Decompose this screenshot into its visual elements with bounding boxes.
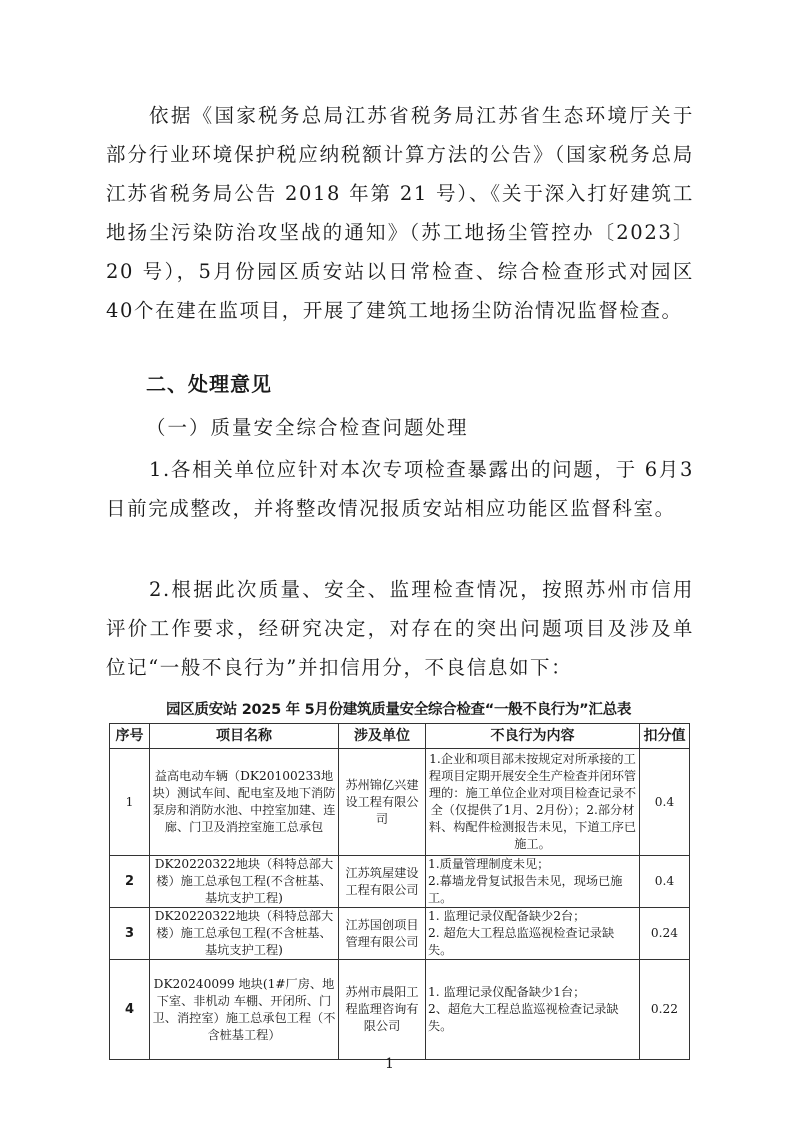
header-unit: 涉及单位 [339, 724, 426, 749]
row-content: 1. 监理记录仪配备缺少2台； 2. 超危大工程总监巡视检查记录缺失。 [426, 908, 640, 960]
content-line: 2.幕墙龙骨复试报告未见，现场已施工。 [428, 873, 637, 907]
page-number: 1 [385, 1056, 394, 1072]
row-score: 0.4 [640, 856, 690, 908]
row-seq: 2 [110, 856, 150, 908]
row-project: DK20220322地块（科特总部大楼）施工总承包工程(不含桩基、基坑支护工程) [150, 856, 339, 908]
table-row: 3 DK20220322地块（科特总部大楼）施工总承包工程(不含桩基、基坑支护工… [110, 908, 690, 960]
row-score: 0.4 [640, 749, 690, 856]
row-unit: 江苏国创项目管理有限公司 [339, 908, 426, 960]
content-line: 1. 监理记录仪配备缺少2台； [428, 908, 637, 925]
row-seq: 4 [110, 960, 150, 1060]
bad-behavior-summary-table: 序号 项目名称 涉及单位 不良行为内容 扣分值 1 益高电动车辆（DK20100… [109, 723, 690, 1060]
row-project: 益高电动车辆（DK20100233地块）测试车间、配电室及地下消防泵房和消防水池… [150, 749, 339, 856]
row-unit: 苏州市晨阳工程监理咨询有限公司 [339, 960, 426, 1060]
table-row: 4 DK20240099 地块(1#厂房、地下室、非机动 车棚、开闭所、门卫、消… [110, 960, 690, 1060]
table-row: 2 DK20220322地块（科特总部大楼）施工总承包工程(不含桩基、基坑支护工… [110, 856, 690, 908]
row-score: 0.24 [640, 908, 690, 960]
table-header-row: 序号 项目名称 涉及单位 不良行为内容 扣分值 [110, 724, 690, 749]
header-seq: 序号 [110, 724, 150, 749]
table-row: 1 益高电动车辆（DK20100233地块）测试车间、配电室及地下消防泵房和消防… [110, 749, 690, 856]
row-unit: 江苏筑屋建设工程有限公司 [339, 856, 426, 908]
section-heading: 二、处理意见 [146, 368, 272, 397]
header-project: 项目名称 [150, 724, 339, 749]
content-line: 1.质量管理制度未见； [428, 856, 637, 873]
item-1-paragraph: 1.各相关单位应针对本次专项检查暴露出的问题，于 6月3日前完成整改，并将整改情… [106, 450, 694, 528]
row-score: 0.22 [640, 960, 690, 1060]
table-title: 园区质安站 2025 年 5月份建筑质量安全综合检查“一般不良行为”汇总表 [109, 698, 688, 719]
row-seq: 3 [110, 908, 150, 960]
content-line: 2. 超危大工程总监巡视检查记录缺失。 [428, 925, 637, 959]
row-content: 1.质量管理制度未见； 2.幕墙龙骨复试报告未见，现场已施工。 [426, 856, 640, 908]
row-project: DK20220322地块（科特总部大楼）施工总承包工程(不含桩基、基坑支护工程) [150, 908, 339, 960]
content-line: 1. 监理记录仪配备缺少1台； [428, 984, 637, 1001]
content-line: 2、超危大工程总监巡视检查记录缺失。 [428, 1001, 637, 1035]
row-seq: 1 [110, 749, 150, 856]
item-2-paragraph: 2.根据此次质量、安全、监理检查情况，按照苏州市信用评价工作要求，经研究决定，对… [106, 570, 694, 687]
header-content: 不良行为内容 [426, 724, 640, 749]
row-unit: 苏州锦亿兴建设工程有限公司 [339, 749, 426, 856]
row-content: 1.企业和项目部未按规定对所承接的工程项目定期开展安全生产检查并闭环管理的：施工… [426, 749, 640, 856]
header-score: 扣分值 [640, 724, 690, 749]
row-project: DK20240099 地块(1#厂房、地下室、非机动 车棚、开闭所、门卫、消控室… [150, 960, 339, 1060]
row-content: 1. 监理记录仪配备缺少1台； 2、超危大工程总监巡视检查记录缺失。 [426, 960, 640, 1060]
intro-paragraph: 依据《国家税务总局江苏省税务局江苏省生态环境厅关于部分行业环境保护税应纳税额计算… [106, 96, 694, 330]
section-subheading: （一）质量安全综合检查问题处理 [146, 412, 469, 440]
